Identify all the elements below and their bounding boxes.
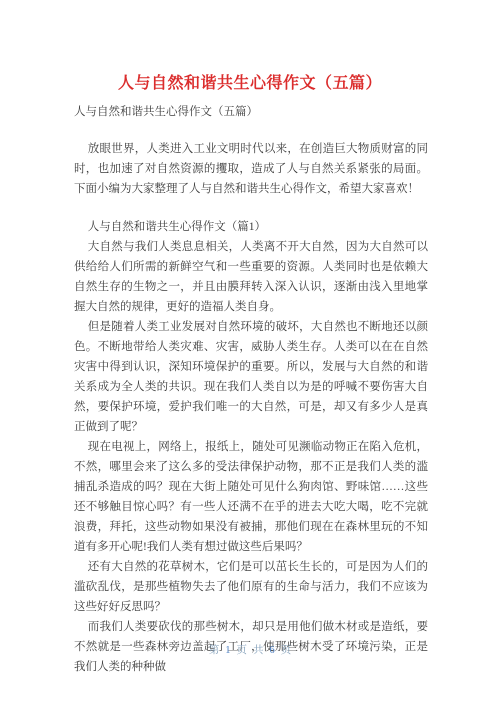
document-page: 人与自然和谐共生心得作文（五篇） 人与自然和谐共生心得作文（五篇） 放眼世界，人… <box>0 0 500 707</box>
paragraph: 现在电视上，网络上，报纸上，随处可见濒临动物正在陷入危机，不然，哪里会来了这么多… <box>74 437 428 557</box>
paragraph: 大自然与我们人类息息相关，人类离不开大自然，因为大自然可以供给给人们所需的新鲜空… <box>74 237 428 317</box>
total-pages: 6 <box>270 645 275 656</box>
paragraph-intro: 放眼世界，人类进入工业文明时代以来，在创造巨大物质财富的同时，也加速了对自然资源… <box>74 139 428 199</box>
paragraph: 但是随着人类工业发展对自然环境的破坏，大自然也不断地还以颜色。不断地带给人类灾难… <box>74 317 428 437</box>
footer-label-ye: 页 <box>237 645 248 656</box>
footer-label-ye: 页 <box>281 645 292 656</box>
page-number: 1 <box>225 645 230 656</box>
paragraph: 还有大自然的花草树木，它们是可以茁长生长的，可是因为人们的滥砍乱伐，是那些植物失… <box>74 557 428 617</box>
section-heading: 人与自然和谐共生心得作文（篇1） <box>74 217 428 237</box>
doc-title: 人与自然和谐共生心得作文（五篇） <box>0 70 500 93</box>
doc-subtitle: 人与自然和谐共生心得作文（五篇） <box>74 103 258 119</box>
footer-label-gong: 共 <box>253 645 264 656</box>
doc-body: 放眼世界，人类进入工业文明时代以来，在创造巨大物质财富的同时，也加速了对自然资源… <box>74 139 428 677</box>
page-footer: 第1页共6页 <box>0 642 500 657</box>
footer-label-di: 第 <box>209 645 220 656</box>
